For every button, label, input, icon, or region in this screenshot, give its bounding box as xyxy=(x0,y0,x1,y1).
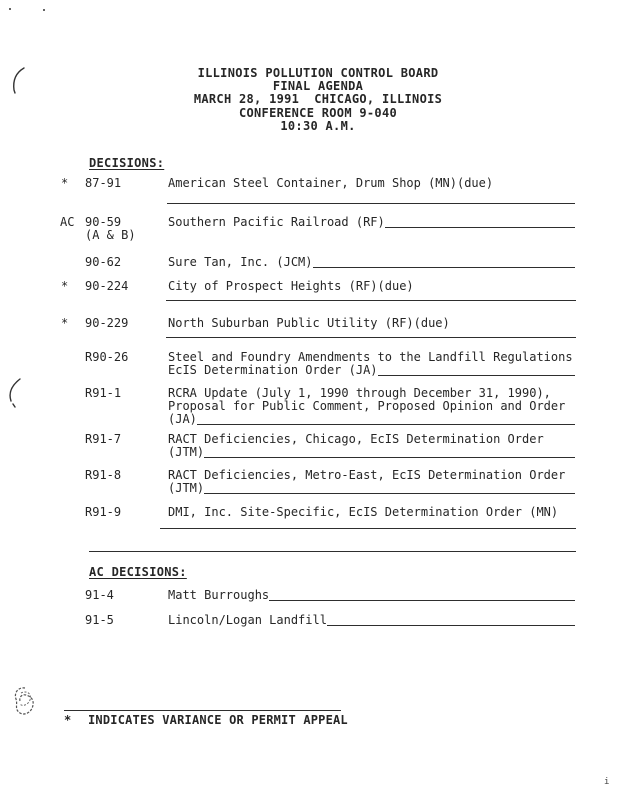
variance-marker: * xyxy=(61,177,68,190)
fill-line xyxy=(204,457,575,458)
case-description: American Steel Container, Drum Shop (MN)… xyxy=(168,177,575,190)
variance-marker: * xyxy=(61,317,68,330)
header-room: CONFERENCE ROOM 9-040 xyxy=(18,107,618,120)
scan-speck xyxy=(9,8,11,10)
case-description: Matt Burroughs xyxy=(168,589,269,602)
case-description: City of Prospect Heights (RF)(due) xyxy=(168,280,575,293)
case-number-suffix: (A & B) xyxy=(85,229,136,242)
case-description: (JTM) xyxy=(168,446,204,459)
fill-line xyxy=(269,600,575,601)
ruled-line xyxy=(160,528,576,529)
case-description: Southern Pacific Railroad (RF) xyxy=(168,216,385,229)
pen-mark-icon xyxy=(6,377,24,411)
case-number: 90-59(A & B) xyxy=(85,216,136,242)
fill-line xyxy=(204,493,575,494)
case-description: North Suburban Public Utility (RF)(due) xyxy=(168,317,575,330)
case-number: R91-7 xyxy=(85,433,121,446)
fill-line xyxy=(385,227,575,228)
case-number: 91-4 xyxy=(85,589,114,602)
case-description: DMI, Inc. Site-Specific, EcIS Determinat… xyxy=(168,506,575,519)
case-number: 87-91 xyxy=(85,177,121,190)
case-description: RACT Deficiencies, Metro-East, EcIS Dete… xyxy=(168,469,575,482)
fill-line xyxy=(378,375,575,376)
page-number: i xyxy=(604,777,609,787)
case-number: R91-1 xyxy=(85,387,121,400)
header-date-location: MARCH 28, 1991 CHICAGO, ILLINOIS xyxy=(18,93,618,106)
case-description: (JTM) xyxy=(168,482,204,495)
case-description: (JA) xyxy=(168,413,197,426)
case-number: 91-5 xyxy=(85,614,114,627)
footnote-rule xyxy=(64,710,341,711)
section-divider-line xyxy=(89,551,576,552)
header-time: 10:30 A.M. xyxy=(18,120,618,133)
ac-decisions-heading: AC DECISIONS: xyxy=(89,565,187,579)
case-number: R90-26 xyxy=(85,351,128,364)
ruled-line xyxy=(166,337,576,338)
case-description: Lincoln/Logan Landfill xyxy=(168,614,327,627)
case-description: Sure Tan, Inc. (JCM) xyxy=(168,256,313,269)
variance-marker: * xyxy=(61,280,68,293)
case-description: RACT Deficiencies, Chicago, EcIS Determi… xyxy=(168,433,575,446)
case-number: 90-229 xyxy=(85,317,128,330)
fill-line xyxy=(327,625,575,626)
case-number: R91-9 xyxy=(85,506,121,519)
case-description: EcIS Determination Order (JA) xyxy=(168,364,378,377)
document-page: ILLINOIS POLLUTION CONTROL BOARD FINAL A… xyxy=(0,0,618,800)
ruled-line xyxy=(166,300,576,301)
case-number: 90-62 xyxy=(85,256,121,269)
case-description: Proposal for Public Comment, Proposed Op… xyxy=(168,400,575,413)
case-number: 90-224 xyxy=(85,280,128,293)
fill-line xyxy=(313,267,576,268)
seal-stamp-icon xyxy=(11,685,39,717)
ruled-line xyxy=(167,203,575,204)
decisions-heading: DECISIONS: xyxy=(89,156,164,170)
ac-marker: AC xyxy=(60,216,74,229)
footnote-marker: * xyxy=(64,713,71,727)
case-number: R91-8 xyxy=(85,469,121,482)
footnote-text: INDICATES VARIANCE OR PERMIT APPEAL xyxy=(88,713,348,727)
fill-line xyxy=(197,424,575,425)
scan-speck xyxy=(43,9,45,11)
document-header: ILLINOIS POLLUTION CONTROL BOARD FINAL A… xyxy=(0,67,618,133)
